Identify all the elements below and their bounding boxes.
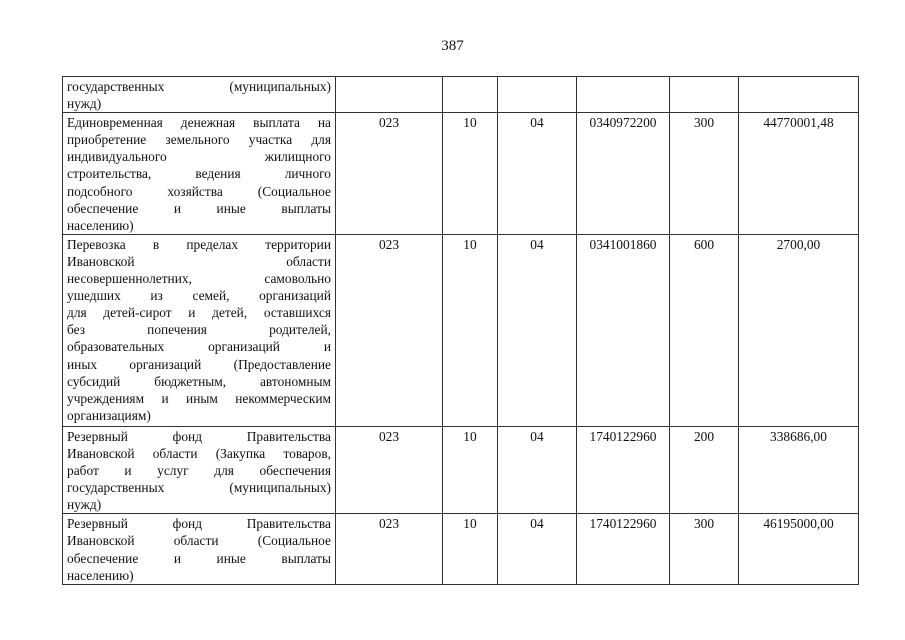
cell-subsection (498, 77, 577, 113)
description-line: приобретение земельного участка для (67, 131, 331, 148)
description-line: субсидий бюджетным, автономным (67, 373, 331, 390)
description-line: Резервный фонд Правительства (67, 428, 331, 445)
row-description: государственных (муниципальных)нужд) (63, 77, 336, 113)
cell-ministry (336, 77, 443, 113)
row-description: Резервный фонд ПравительстваИвановской о… (63, 426, 336, 513)
description-line: для детей-сирот и детей, оставшихся (67, 304, 331, 321)
description-line: несовершеннолетних, самовольно (67, 270, 331, 287)
description-line: работ и услуг для обеспечения (67, 462, 331, 479)
cell-expense-type: 300 (670, 514, 739, 584)
description-line: индивидуального жилищного (67, 148, 331, 165)
cell-amount: 338686,00 (739, 426, 859, 513)
cell-amount: 44770001,48 (739, 113, 859, 235)
cell-target-article: 1740122960 (577, 514, 670, 584)
description-line: иных организаций (Предоставление (67, 356, 331, 373)
description-line: подсобного хозяйства (Социальное (67, 183, 331, 200)
cell-subsection: 04 (498, 426, 577, 513)
description-line: государственных (муниципальных) (67, 479, 331, 496)
table-row: Резервный фонд ПравительстваИвановской о… (63, 426, 859, 513)
budget-table-body: государственных (муниципальных)нужд)Един… (63, 77, 859, 585)
cell-ministry: 023 (336, 113, 443, 235)
description-line: образовательных организаций и (67, 338, 331, 355)
description-line: учреждениям и иным некоммерческим (67, 390, 331, 407)
description-line: организациям) (67, 407, 331, 424)
row-description: Единовременная денежная выплата наприобр… (63, 113, 336, 235)
description-line: Единовременная денежная выплата на (67, 114, 331, 131)
cell-section: 10 (443, 113, 498, 235)
description-line: обеспечение и иные выплаты (67, 200, 331, 217)
cell-expense-type: 600 (670, 234, 739, 426)
description-line: нужд) (67, 496, 331, 513)
cell-amount (739, 77, 859, 113)
cell-ministry: 023 (336, 234, 443, 426)
cell-ministry: 023 (336, 514, 443, 584)
table-row: Единовременная денежная выплата наприобр… (63, 113, 859, 235)
description-line: без попечения родителей, (67, 321, 331, 338)
description-line: Ивановской области (67, 253, 331, 270)
cell-amount: 2700,00 (739, 234, 859, 426)
budget-table: государственных (муниципальных)нужд)Един… (62, 76, 859, 585)
description-line: ушедших из семей, организаций (67, 287, 331, 304)
description-line: нужд) (67, 95, 331, 112)
description-line: обеспечение и иные выплаты (67, 550, 331, 567)
description-line: населению) (67, 567, 331, 584)
cell-section: 10 (443, 426, 498, 513)
row-description: Резервный фонд ПравительстваИвановской о… (63, 514, 336, 584)
cell-subsection: 04 (498, 234, 577, 426)
cell-target-article (577, 77, 670, 113)
description-line: Ивановской области (Социальное (67, 532, 331, 549)
cell-expense-type: 200 (670, 426, 739, 513)
cell-section: 10 (443, 514, 498, 584)
cell-section (443, 77, 498, 113)
cell-expense-type (670, 77, 739, 113)
description-line: Ивановской области (Закупка товаров, (67, 445, 331, 462)
cell-ministry: 023 (336, 426, 443, 513)
description-line: населению) (67, 217, 331, 234)
cell-section: 10 (443, 234, 498, 426)
page-number: 387 (0, 37, 905, 55)
cell-target-article: 0341001860 (577, 234, 670, 426)
cell-subsection: 04 (498, 514, 577, 584)
cell-expense-type: 300 (670, 113, 739, 235)
description-line: Перевозка в пределах территории (67, 236, 331, 253)
description-line: строительства, ведения личного (67, 165, 331, 182)
table-row: Резервный фонд ПравительстваИвановской о… (63, 514, 859, 584)
cell-target-article: 1740122960 (577, 426, 670, 513)
table-row: Перевозка в пределах территорииИвановско… (63, 234, 859, 426)
table-row: государственных (муниципальных)нужд) (63, 77, 859, 113)
description-line: государственных (муниципальных) (67, 78, 331, 95)
row-description: Перевозка в пределах территорииИвановско… (63, 234, 336, 426)
cell-subsection: 04 (498, 113, 577, 235)
cell-target-article: 0340972200 (577, 113, 670, 235)
description-line: Резервный фонд Правительства (67, 515, 331, 532)
cell-amount: 46195000,00 (739, 514, 859, 584)
